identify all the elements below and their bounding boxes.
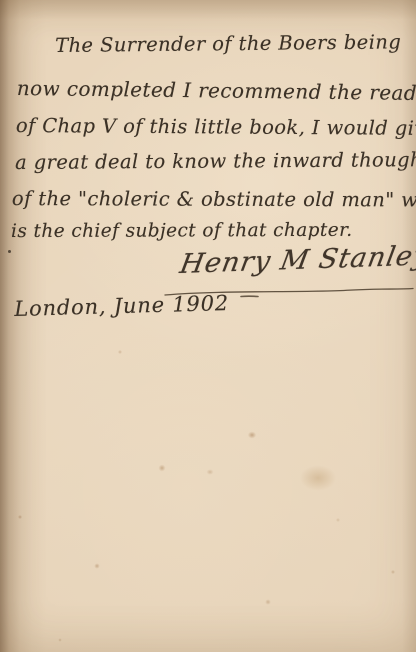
page-top-shadow	[0, 0, 416, 20]
dateline: London, June 1902	[14, 291, 229, 321]
inscription-line-2: now completed I recommend the reading	[17, 76, 416, 105]
inscription-line-4: a great deal to know the inward thoughts	[15, 148, 416, 174]
inscription-line-6: is the chief subject of that chapter.	[11, 220, 353, 242]
inscription-line-1: The Surrender of the Boers being	[55, 30, 401, 57]
manuscript-page: The Surrender of the Boers being now com…	[0, 0, 416, 652]
signature: Henry M Stanley	[177, 240, 416, 280]
inscription-line-5: of the "choleric & obstinate old man" wh…	[12, 187, 416, 212]
inscription-line-3: of Chap V of this little book, I would g…	[16, 114, 416, 140]
stray-ink-dot	[8, 250, 11, 253]
